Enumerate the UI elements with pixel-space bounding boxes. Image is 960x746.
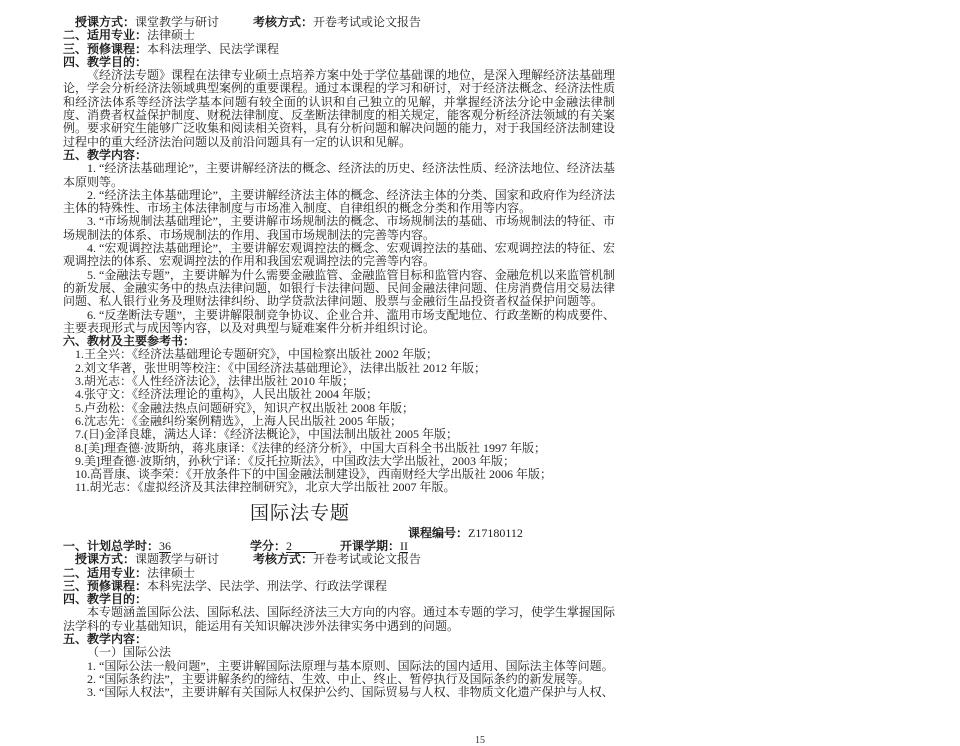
intl-prerequisite-label: 三、预修课程：	[63, 579, 147, 593]
econ-assessment-label: 考核方式：	[253, 15, 313, 29]
econ-content-item-4: 4. “宏观调控法基础理论”，主要讲解宏观调控法的概念、宏观调控法的基础、宏观调…	[63, 242, 615, 269]
econ-reference-7: 7.(日)金泽良雄，满达人译：《经济法概论》，中国法制出版社 2005 年版；	[63, 428, 615, 441]
econ-prerequisite-line: 三、预修课程：本科法理学、民法学课程	[63, 43, 615, 56]
intl-course-code-label: 课程编号：	[408, 526, 468, 540]
intl-assessment-method: 考核方式：开卷考试或论文报告	[253, 553, 421, 566]
intl-aim-paragraph: 本专题涵盖国际公法、国际私法、国际经济法三大方向的内容。通过本专题的学习，使学生…	[63, 606, 615, 633]
econ-reference-11: 11.胡光志：《虚拟经济及其法律控制研究》，北京大学出版社 2007 年版。	[63, 481, 615, 494]
intl-prerequisite-value: 本科宪法学、民法学、刑法学、行政法学课程	[147, 579, 387, 593]
econ-content-item-3: 3. “市场规制法基础理论”，主要讲解市场规制法的概念、市场规制法的基础、市场规…	[63, 215, 615, 242]
econ-prerequisite-label: 三、预修课程：	[63, 42, 147, 56]
econ-teaching-method-value: 课堂教学与研讨	[135, 15, 219, 29]
intl-applicable-major-label: 二、适用专业：	[63, 566, 147, 580]
intl-teaching-method-value: 课题教学与研讨	[135, 552, 219, 566]
page-number: 15	[0, 736, 960, 746]
document-content: 授课方式：课堂教学与研讨 考核方式：开卷考试或论文报告 二、适用专业：法律硕士 …	[0, 0, 615, 700]
intl-total-hours-label: 一、计划总学时：	[63, 539, 159, 553]
intl-credits-label: 学分：	[250, 539, 286, 553]
econ-prerequisite-value: 本科法理学、民法学课程	[147, 42, 279, 56]
intl-teaching-method-label: 授课方式：	[75, 552, 135, 566]
intl-applicable-major-value: 法律硕士	[147, 566, 195, 580]
intl-content-item-3: 3. “国际人权法”，主要讲解有关国际人权保护公约、国际贸易与人权、非物质文化遗…	[63, 686, 615, 699]
econ-applicable-major-line: 二、适用专业：法律硕士	[63, 29, 615, 42]
intl-course-title: 国际法专题	[250, 502, 615, 526]
econ-teaching-method-label: 授课方式：	[75, 15, 135, 29]
intl-course-code-value: Z17180112	[468, 526, 523, 540]
intl-assessment-value: 开卷考试或论文报告	[313, 552, 421, 566]
document-page: 授课方式：课堂教学与研讨 考核方式：开卷考试或论文报告 二、适用专业：法律硕士 …	[0, 0, 960, 746]
econ-content-item-2: 2. “经济法主体基础理论”，主要讲解经济法主体的概念、经济法主体的分类、国家和…	[63, 189, 615, 216]
econ-applicable-major-value: 法律硕士	[147, 28, 195, 42]
econ-reference-8: 8.[美]理查德·波斯纳，蒋兆康译：《法律的经济分析》，中国大百科全书出版社 1…	[63, 442, 615, 455]
econ-reference-5: 5.卢劲松：《金融法热点问题研究》，知识产权出版社 2008 年版；	[63, 402, 615, 415]
intl-subsection-heading: （一）国际公法	[63, 646, 615, 659]
econ-content-item-5: 5. “金融法专题”，主要讲解为什么需要金融监管、金融监管目标和监管内容、金融危…	[63, 269, 615, 309]
econ-reference-4: 4.张守文：《经济法理论的重构》，人民出版社 2004 年版；	[63, 388, 615, 401]
econ-applicable-major-label: 二、适用专业：	[63, 28, 147, 42]
intl-semester-label: 开课学期：	[340, 539, 400, 553]
econ-aim-paragraph: 《经济法专题》课程在法律专业硕士点培养方案中处于学位基础课的地位，是深入理解经济…	[63, 69, 615, 149]
intl-teaching-method: 授课方式：课题教学与研讨	[75, 553, 253, 566]
intl-course-code-line: 课程编号：Z17180112	[63, 527, 615, 540]
intl-assessment-label: 考核方式：	[253, 552, 313, 566]
econ-reference-1: 1.王全兴：《经济法基础理论专题研究》，中国检察出版社 2002 年版；	[63, 348, 615, 361]
econ-content-item-6: 6. “反垄断法专题”，主要讲解限制竞争协议、企业合并、滥用市场支配地位、行政垄…	[63, 309, 615, 336]
intl-content-item-1: 1. “国际公法一般问题”，主要讲解国际法原理与基本原则、国际法的国内适用、国际…	[63, 660, 615, 673]
econ-content-item-1: 1. “经济法基础理论”，主要讲解经济法的概念、经济法的历史、经济法性质、经济法…	[63, 162, 615, 189]
intl-teach-assess-line: 授课方式：课题教学与研讨 考核方式：开卷考试或论文报告	[63, 553, 615, 566]
econ-assessment-method: 考核方式：开卷考试或论文报告	[253, 16, 421, 29]
intl-applicable-major-line: 二、适用专业：法律硕士	[63, 567, 615, 580]
econ-assessment-value: 开卷考试或论文报告	[313, 15, 421, 29]
